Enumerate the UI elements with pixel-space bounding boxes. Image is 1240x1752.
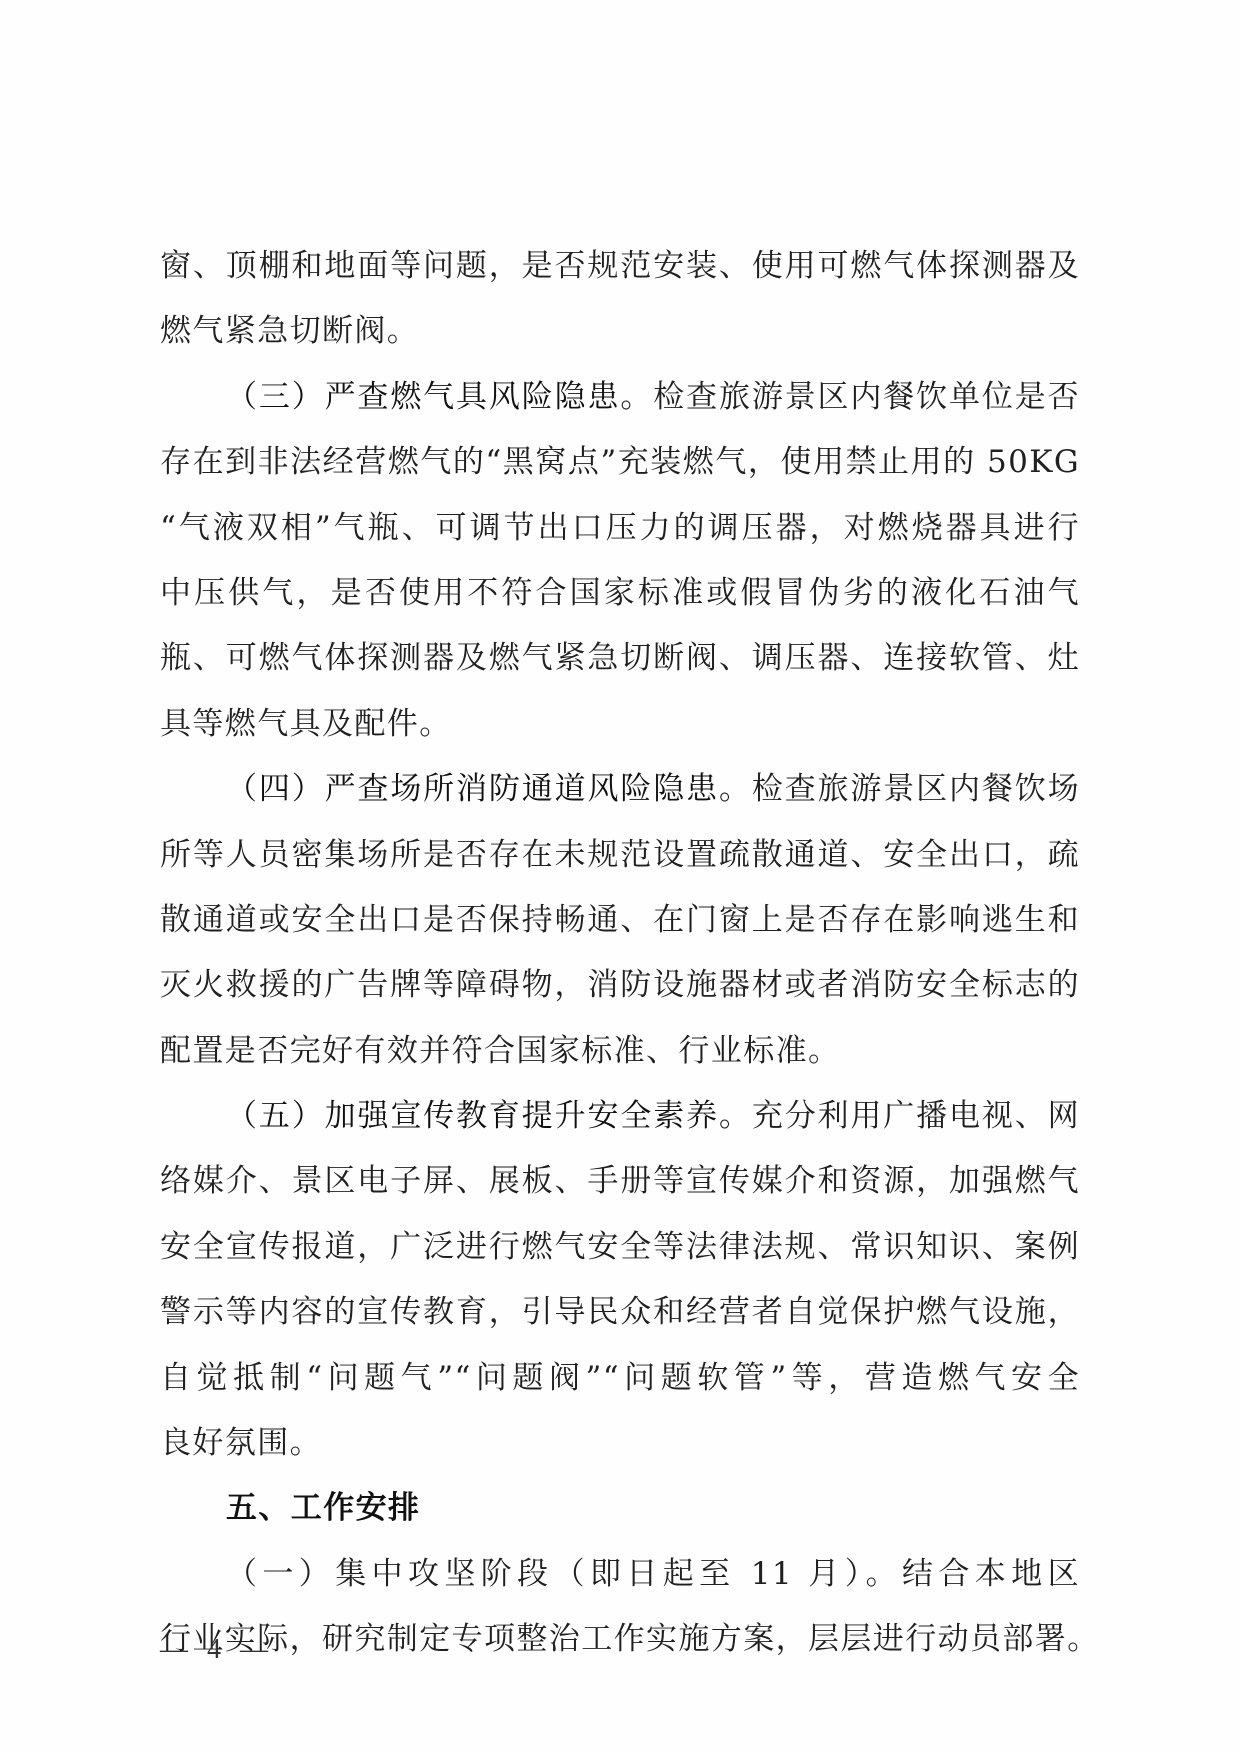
text-line: 安全宣传报道，广泛进行燃气安全等法律法规、常识知识、案例 [160,1215,1080,1280]
text-line: 警示等内容的宣传教育，引导民众和经营者自觉保护燃气设施， [160,1280,1080,1345]
section-heading: 五、工作安排 [160,1476,1080,1541]
text-line: 存在到非法经营燃气的“黑窝点”充装燃气，使用禁止用的 50KG [160,430,1080,495]
text-line: 灭火救援的广告牌等障碍物，消防设施器材或者消防安全标志的 [160,953,1080,1018]
text-line: （一）集中攻坚阶段（即日起至 11 月）。结合本地区 [160,1542,1080,1607]
text-span: 检查旅游景区内餐饮场 [752,771,1080,807]
paragraph-5-start: （五）加强宣传教育提升安全素养。充分利用广播电视、网 [160,1084,1080,1149]
text-line: 自觉抵制“问题气”“问题阀”“问题软管”等，营造燃气安全 [160,1346,1080,1411]
text-line: 所等人员密集场所是否存在未规范设置疏散通道、安全出口，疏 [160,823,1080,888]
text-line: 络媒介、景区电子屏、展板、手册等宣传媒介和资源，加强燃气 [160,1149,1080,1214]
text-line: 良好氛围。 [160,1411,1080,1476]
paragraph-heading-4: （四）严查场所消防通道风险隐患。 [226,771,752,807]
page-number: — 4 — [160,1634,274,1666]
text-line: “气液双相”气瓶、可调节出口压力的调压器，对燃烧器具进行 [160,496,1080,561]
paragraph-3-start: （三）严查燃气具风险隐患。检查旅游景区内餐饮单位是否 [160,365,1080,430]
text-line: 散通道或安全出口是否保持畅通、在门窗上是否存在影响逃生和 [160,888,1080,953]
text-line: 行业实际，研究制定专项整治工作实施方案，层层进行动员部署。 [160,1607,1080,1672]
text-line: 中压供气，是否使用不符合国家标准或假冒伪劣的液化石油气 [160,561,1080,626]
paragraph-4-start: （四）严查场所消防通道风险隐患。检查旅游景区内餐饮场 [160,757,1080,822]
paragraph-heading-5: （五）加强宣传教育提升安全素养。 [226,1098,752,1134]
document-page: 窗、顶棚和地面等问题，是否规范安装、使用可燃气体探测器及 燃气紧急切断阀。 （三… [0,0,1240,1752]
document-body: 窗、顶棚和地面等问题，是否规范安装、使用可燃气体探测器及 燃气紧急切断阀。 （三… [160,234,1080,1673]
paragraph-heading-3: （三）严查燃气具风险隐患。 [226,379,653,415]
text-line: 具等燃气具及配件。 [160,692,1080,757]
text-line: 燃气紧急切断阀。 [160,299,1080,364]
text-line: 配置是否完好有效并符合国家标准、行业标准。 [160,1019,1080,1084]
text-line: 瓶、可燃气体探测器及燃气紧急切断阀、调压器、连接软管、灶 [160,626,1080,691]
text-span: 检查旅游景区内餐饮单位是否 [653,379,1080,415]
text-line: 窗、顶棚和地面等问题，是否规范安装、使用可燃气体探测器及 [160,234,1080,299]
text-span: 充分利用广播电视、网 [752,1098,1080,1134]
